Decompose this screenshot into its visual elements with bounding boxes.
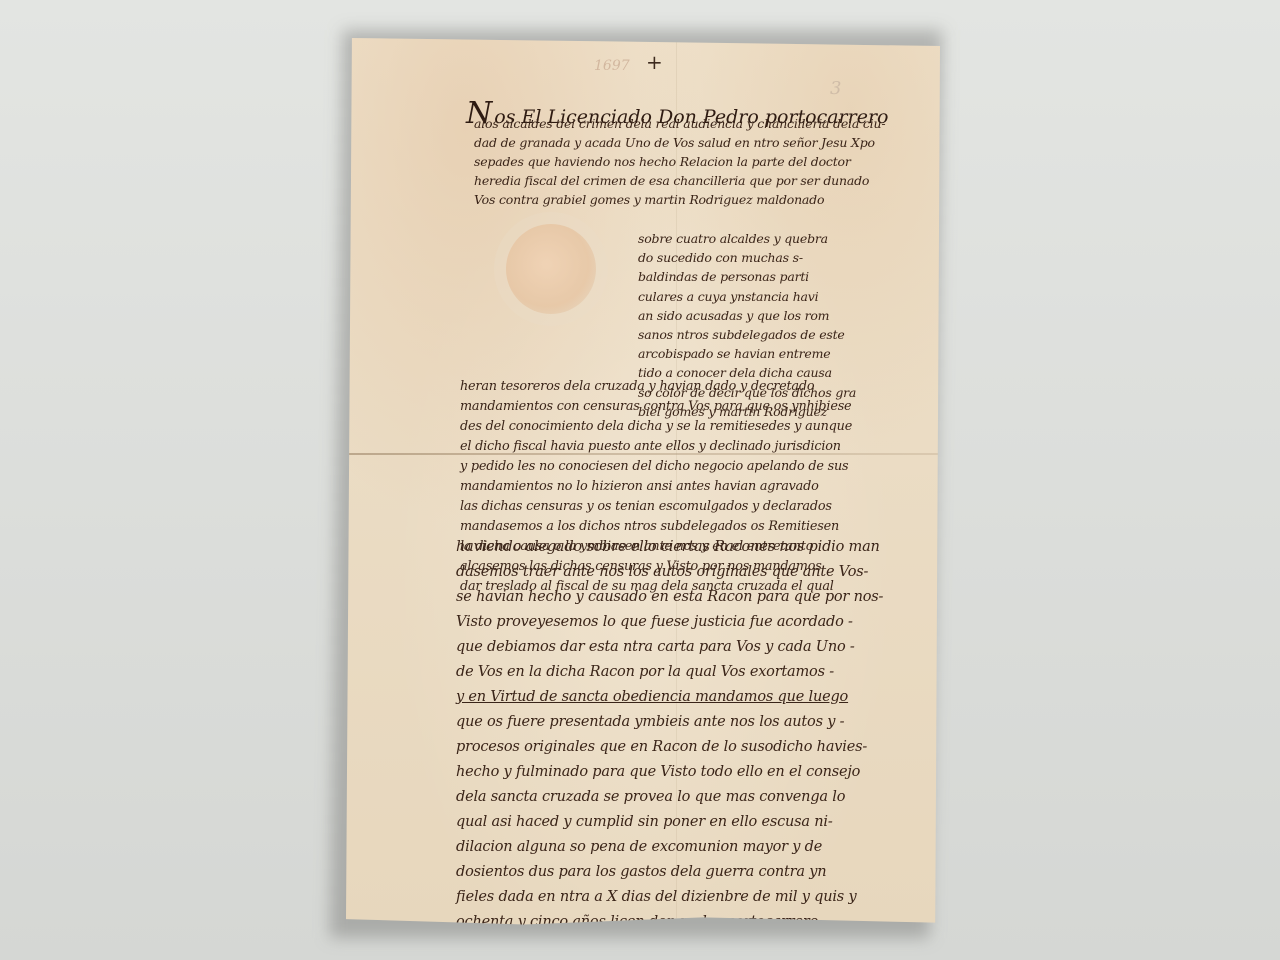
text-line: mandamientos con censuras contra Vos par… — [460, 401, 852, 421]
text-line: dilacion alguna so pena de excomunion ma… — [456, 840, 883, 865]
text-line: las dichas censuras y os tenian escomulg… — [460, 501, 852, 521]
text-line: Vos contra grabiel gomes y martin Rodrig… — [474, 194, 885, 213]
text-line: que debiamos dar esta ntra carta para Vo… — [456, 640, 883, 665]
text-line: dasemos traer ante nos los autos origina… — [456, 565, 883, 590]
cross-mark: + — [646, 50, 663, 74]
text-line: y pedido les no conociesen del dicho neg… — [460, 461, 852, 481]
text-line: culares a cuya ynstancia havi — [638, 291, 856, 310]
text-line: haviendo alegado sobre ello ciertas Raco… — [456, 540, 883, 565]
opening-paragraph: alos alcaldes del crimen dela real audie… — [474, 118, 885, 213]
archive-reference-mark: 1697 — [594, 58, 630, 74]
signature-line: por mdo de su s Rma Joanes dela rumbide — [456, 940, 883, 960]
text-line: se havian hecho y causado en esta Racon … — [456, 590, 883, 615]
text-line: mandasemos a los dichos ntros subdelegad… — [460, 521, 852, 541]
text-line: que os fuere presentada ymbieis ante nos… — [456, 715, 883, 740]
text-line: baldindas de personas parti — [638, 271, 856, 290]
text-line: el dicho fiscal havia puesto ante ellos … — [460, 441, 852, 461]
text-line: procesos originales que en Racon de lo s… — [456, 740, 883, 765]
paper-seal-stamp — [506, 224, 596, 314]
text-line: hecho y fulminado para que Visto todo el… — [456, 765, 883, 790]
text-line: qual asi haced y cumplid sin poner en el… — [456, 815, 883, 840]
text-line: dosientos dus para los gastos dela guerr… — [456, 865, 883, 890]
text-line: heran tesoreros dela cruzada y havian da… — [460, 381, 852, 401]
closing-paragraph: haviendo alegado sobre ello ciertas Raco… — [456, 540, 883, 960]
text-line: de Vos en la dicha Racon por la qual Vos… — [456, 665, 883, 690]
text-line: y en Virtud de sancta obediencia mandamo… — [456, 690, 883, 715]
text-line: fieles dada en ntra a X dias del dizienb… — [456, 890, 883, 915]
text-line: mandamientos no lo hizieron ansi antes h… — [460, 481, 852, 501]
text-line: Visto proveyesemos lo que fuese justicia… — [456, 615, 883, 640]
text-line: dela sancta cruzada se provea lo que mas… — [456, 790, 883, 815]
manuscript-page: 1697 + 3 Nos El Licenciado Don Pedro por… — [346, 38, 940, 928]
text-line: des del conocimiento dela dicha y se la … — [460, 421, 852, 441]
